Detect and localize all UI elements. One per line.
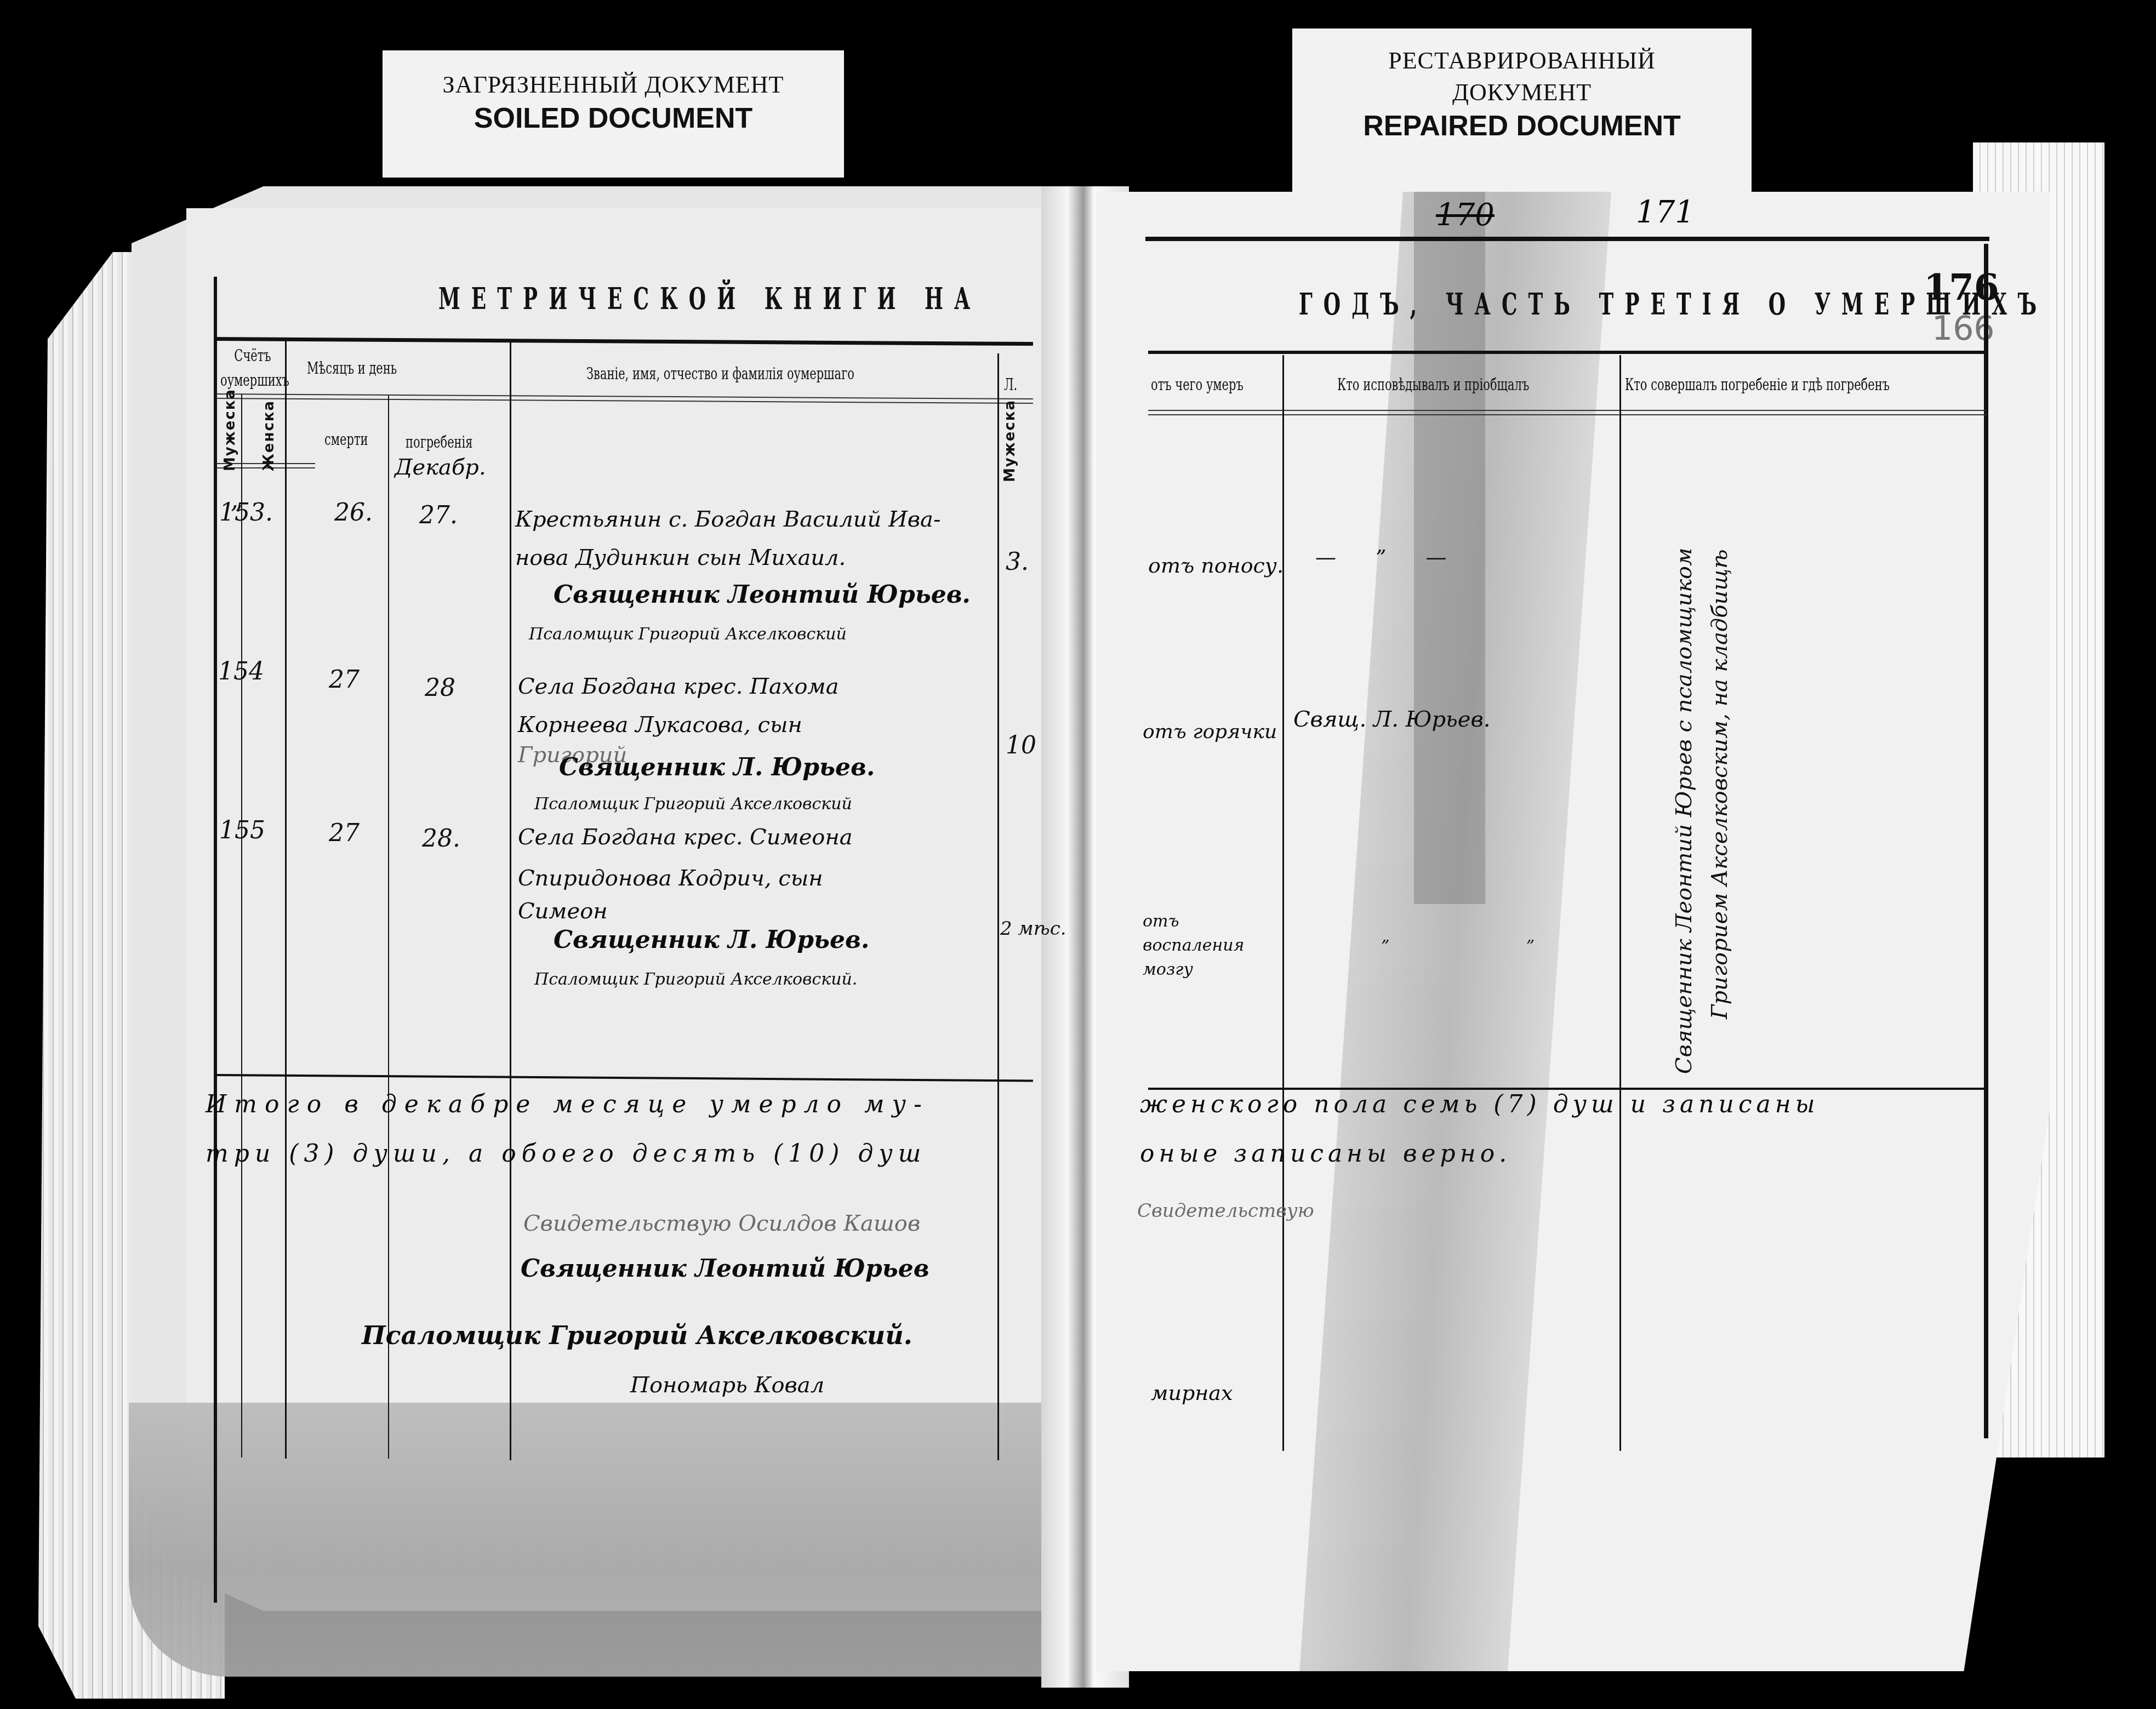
burial-day: 28.	[422, 825, 460, 853]
summary-line: женского пола семь (7) душ и записаны	[1140, 1090, 1820, 1118]
repaired-label-ru-2: ДОКУМЕНТ	[1292, 77, 1752, 108]
age: 3.	[1006, 548, 1029, 576]
water-stain	[129, 1403, 1071, 1677]
record-line: Крестьянин с. Богдан Василий Ива-	[515, 507, 940, 532]
sexton-signature: Пономарь Ковал	[630, 1373, 824, 1398]
record-number: 154	[218, 658, 264, 685]
header-count-female: Женска	[261, 411, 277, 471]
record-line: нова Дудинкин сын Михаил.	[515, 545, 846, 570]
summary-line: Итого в декабре месяце умерло му-	[206, 1090, 929, 1118]
col-line-male	[241, 395, 242, 1457]
header-death: смерти	[324, 430, 368, 449]
confessor: — ” —	[1315, 545, 1463, 569]
col-line-confessor	[1619, 355, 1621, 1451]
header-count: Счётъ оумершихъ	[220, 344, 285, 393]
col-line-burial	[510, 342, 511, 1460]
summary-rule-right	[1148, 1088, 1987, 1090]
header-burial-by: Кто совершалъ погребеніе и гдѣ погребенъ	[1625, 375, 1890, 394]
burial-day: 28	[425, 674, 455, 702]
right-page-title: ГОДЪ, ЧАСТЬ ТРЕТІЯ О УМЕРШИХЪ	[1299, 288, 2047, 322]
summary-line: три (3) души, а обоего десять (10) душ	[206, 1140, 927, 1168]
col-line-death	[388, 396, 389, 1459]
age: 2 мѣс.	[1000, 918, 1066, 940]
priest-signature: Священник Леонтий Юрьев.	[554, 581, 971, 609]
col-line-name	[997, 353, 999, 1460]
record-line: Спиридонова Кодрич, сын	[518, 866, 823, 891]
header-age-male: Мужеска	[1002, 416, 1018, 482]
top-border-rule	[1145, 237, 1989, 241]
repaired-document-label: РЕСТАВРИРОВАННЫЙ ДОКУМЕНТ REPAIRED DOCUM…	[1292, 28, 1752, 192]
confessor: Свящ. Л. Юрьев.	[1293, 707, 1490, 732]
header-count-male: Мужеска	[222, 405, 238, 471]
psalmist-signature: Псаломщик Григорий Акселковский	[534, 795, 852, 814]
header-burial: погребенія	[406, 433, 473, 451]
header-cause: отъ чего умеръ	[1151, 375, 1244, 394]
cause-of-death: отъ горячки	[1143, 721, 1277, 743]
record-line: Симеон	[518, 899, 608, 924]
record-number: 153.	[219, 499, 273, 527]
record-number: 155	[219, 816, 265, 844]
folio-stamp: 171	[1636, 195, 1695, 230]
repaired-label-en: REPAIRED DOCUMENT	[1292, 108, 1752, 144]
record-line: Корнеева Лукасова, сын	[518, 712, 802, 738]
record-line: Села Богдана крес. Пахома	[518, 674, 839, 699]
psalmist-final-signature: Псаломщик Григорий Акселковский.	[362, 1321, 912, 1350]
witness-signature: Свидетельствую Осилдов Кашов	[523, 1211, 920, 1236]
witness-signature-right: Свидетельствую	[1137, 1200, 1314, 1222]
cause-of-death: отъ воспаления мозгу	[1143, 910, 1274, 982]
signature-tail: мирнах	[1151, 1381, 1233, 1405]
header-name: Званіе, имя, отчество и фамилія оумершаг…	[586, 364, 854, 383]
priest-signature: Священник Л. Юрьев.	[559, 753, 875, 781]
burial-note-line: Священник Леонтий Юрьев с псаломщиком	[1672, 444, 1697, 1074]
female-mark: ”	[230, 501, 243, 529]
left-outer-border	[214, 277, 217, 1603]
header-bottom-rule-right	[1148, 410, 1987, 415]
header-top-rule-right	[1148, 351, 1987, 354]
left-page	[186, 208, 1063, 1589]
left-page-title: МЕТРИЧЕСКОЙ КНИГИ НА	[438, 282, 981, 317]
month-note: Декабр.	[395, 455, 486, 480]
burial-day: 27.	[419, 501, 458, 529]
age: 10	[1006, 731, 1036, 759]
summary-line: оные записаны верно.	[1140, 1140, 1511, 1168]
right-outer-border	[1984, 244, 1988, 1438]
death-day: 27	[329, 819, 360, 847]
record-line: Села Богдана крес. Симеона	[518, 825, 853, 850]
priest-signature: Священник Л. Юрьев.	[554, 926, 869, 954]
confessor: ” ”	[1381, 937, 1600, 956]
header-age-marker: Л.	[1004, 375, 1017, 394]
burial-note-line: Григорием Акселковским, на кладбищѣ	[1707, 455, 1732, 1019]
death-day: 27	[329, 666, 360, 694]
cause-of-death: отъ поносу.	[1148, 553, 1284, 578]
header-month-day: Мѣсяцъ и день	[307, 359, 397, 378]
col-line-cause	[1282, 355, 1284, 1451]
old-folio-number: 170	[1436, 197, 1495, 233]
col-line-count	[285, 341, 287, 1459]
death-day: 26.	[334, 499, 373, 527]
soiled-label-en: SOILED DOCUMENT	[383, 101, 844, 136]
psalmist-signature: Псаломщик Григорий Акселковский.	[534, 970, 857, 989]
soiled-label-ru: ЗАГРЯЗНЕННЫЙ ДОКУМЕНТ	[383, 69, 844, 101]
repaired-label-ru-1: РЕСТАВРИРОВАННЫЙ	[1292, 45, 1752, 77]
priest-final-signature: Священник Леонтий Юрьев	[521, 1255, 929, 1283]
header-confessor: Кто исповѣдывалъ и пріобщалъ	[1337, 375, 1529, 394]
soiled-document-label: ЗАГРЯЗНЕННЫЙ ДОКУМЕНТ SOILED DOCUMENT	[383, 50, 844, 178]
psalmist-signature: Псаломщик Григорий Акселковский	[529, 625, 847, 644]
